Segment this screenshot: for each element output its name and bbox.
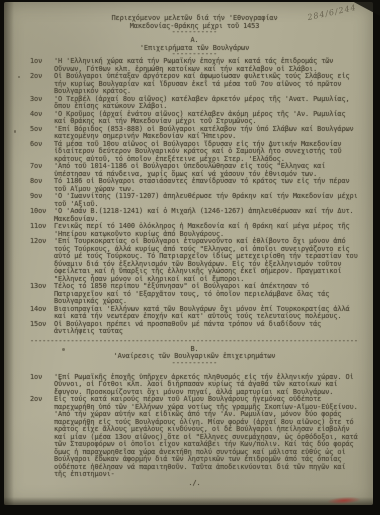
item-number: 1ον <box>30 58 54 66</box>
section-a-heading: 'Επιχειρήματα τῶν Βουλγάρων <box>30 45 359 53</box>
paper-edge-shadow-bottom <box>4 497 373 505</box>
item-text: 'Ο 'Ιωαννίτσης (1197-1207) ἀπηλευθέρωσε … <box>54 193 359 208</box>
list-item: 5ον 'Επί Βόριδος (853-888) οἱ Βούλγαροι … <box>30 126 359 141</box>
item-text: 'Η 'Ελληνική χώρα κατά τήν Ρωμαϊκήν ἐποχ… <box>54 58 359 73</box>
item-number: 9ον <box>30 193 54 201</box>
section-divider-line: ----------------------------------------… <box>30 338 359 345</box>
divider-dashes: ----------- <box>30 361 359 367</box>
item-text: 'Ο 'Ασάν Β.(1218-1241) καί ὁ Μιχαήλ (124… <box>54 208 359 223</box>
item-text: 'Ο Τερβέλ (ἀρχαί 8ου αἰῶνος) κατέλαβεν ἀ… <box>54 96 359 111</box>
item-text: Τέλος τό 1850 περίπου "ἐξύπνησαν" οἱ Βού… <box>54 283 359 306</box>
list-item: 9ον 'Ο 'Ιωαννίτσης (1197-1207) ἀπηλευθέρ… <box>30 193 359 208</box>
item-text: 'Ο Κροῦμος (ἀρχαί ἐνάτου αἰῶνος) κατέλαβ… <box>54 111 359 126</box>
continuation-mark: ./. <box>30 480 359 488</box>
item-number: 14ον <box>30 306 54 314</box>
item-text: Οἱ Βούλγαροι πρέπει νά προσπαθοῦν μέ πάν… <box>54 321 359 336</box>
item-number: 3ον <box>30 96 54 104</box>
list-item: 4ον 'Ο Κροῦμος (ἀρχαί ἐνάτου αἰῶνος) κατ… <box>30 111 359 126</box>
item-number: 5ον <box>30 126 54 134</box>
scanned-paper-page: 284/6/244 Περιεχόμενον μελετῶν διά τήν '… <box>4 2 373 505</box>
item-text: Τά μέσα τοῦ 10ου αἰῶνος οἱ Βούλγαροι ἵδρ… <box>54 141 359 164</box>
item-number: 8ον <box>30 178 54 186</box>
paper-speck <box>14 130 16 133</box>
item-number: 2ον <box>30 396 54 404</box>
item-text: Εἰς τούς κατά καιρούς πέραν τοῦ Αἵμου Βο… <box>54 396 359 479</box>
item-number: 15ον <box>30 321 54 329</box>
paper-edge-shadow-left <box>4 2 14 505</box>
item-number: 13ον <box>30 283 54 291</box>
document-title-line-2: Μακεδονίας-Θράκης μέχρι τοῦ 1453 <box>30 23 359 31</box>
paper-speck <box>18 76 20 78</box>
list-item: 7ον 'Από τοῦ 1014-1186 οἱ Βούλγαροι ὑπεδ… <box>30 163 359 178</box>
typewritten-content: Περιεχόμενον μελετῶν διά τήν 'Εθνογραφία… <box>30 15 359 487</box>
item-text: 'Επί Βόριδος (853-888) οἱ Βούλγαροι κατέ… <box>54 126 359 141</box>
item-number: 11ον <box>30 223 54 231</box>
item-number: 2ον <box>30 73 54 81</box>
item-number: 7ον <box>30 163 54 171</box>
list-item: 2ον Εἰς τούς κατά καιρούς πέραν τοῦ Αἵμο… <box>30 396 359 479</box>
list-item: 2ον Οἱ Βούλγαροι ὑπέταξαν ἀργότερον καί … <box>30 73 359 96</box>
list-item: 1ον 'Επί Ρωμαϊκῆς ἐποχῆς ὑπῆρχεν ἀρκετός… <box>30 374 359 397</box>
list-item: 6ον Τά μέσα τοῦ 10ου αἰῶνος οἱ Βούλγαροι… <box>30 141 359 164</box>
list-item: 15ον Οἱ Βούλγαροι πρέπει νά προσπαθοῦν μ… <box>30 321 359 336</box>
list-item: 3ον 'Ο Τερβέλ (ἀρχαί 8ου αἰῶνος) κατέλαβ… <box>30 96 359 111</box>
item-text: Τό 1186 οἱ Βούλγαροι στασιάσαντες ἐπανίδ… <box>54 178 359 193</box>
list-item: 12ον 'Επί Τουρκοκρατίας οἱ Βούλγαροι ἐτυ… <box>30 238 359 283</box>
item-number: 12ον <box>30 238 54 246</box>
item-text: Οἱ Βούλγαροι ὑπέταξαν ἀργότερον καί ἀφωμ… <box>54 73 359 96</box>
item-number: 4ον <box>30 111 54 119</box>
item-number: 6ον <box>30 141 54 149</box>
scan-corner-shadow <box>350 0 380 16</box>
item-number: 1ον <box>30 374 54 382</box>
item-text: Βιαιοπραγίαι 'Ελλήνων κατά τῶν Βουλγάρων… <box>54 306 359 321</box>
item-text: Γενικῶς περί τό 1400 ὁλόκληρος ἡ Μακεδον… <box>54 223 359 238</box>
item-text: 'Από τοῦ 1014-1186 οἱ Βούλγαροι ὑπεδουλώ… <box>54 163 359 178</box>
list-item: 1ον 'Η 'Ελληνική χώρα κατά τήν Ρωμαϊκήν … <box>30 58 359 73</box>
list-item: 10ον 'Ο 'Ασάν Β.(1218-1241) καί ὁ Μιχαήλ… <box>30 208 359 223</box>
item-text: 'Επί Τουρκοκρατίας οἱ Βούλγαροι ἐτυραννο… <box>54 238 359 283</box>
list-item: 11ον Γενικῶς περί τό 1400 ὁλόκληρος ἡ Μα… <box>30 223 359 238</box>
item-number: 10ον <box>30 208 54 216</box>
list-item: 8ον Τό 1186 οἱ Βούλγαροι στασιάσαντες ἐπ… <box>30 178 359 193</box>
item-text: 'Επί Ρωμαϊκῆς ἐποχῆς ὑπῆρχεν ἀρκετός πλη… <box>54 374 359 397</box>
list-item: 14ον Βιαιοπραγίαι 'Ελλήνων κατά τῶν Βουλ… <box>30 306 359 321</box>
paper-speck <box>62 348 65 351</box>
list-item: 13ον Τέλος τό 1850 περίπου "ἐξύπνησαν" ο… <box>30 283 359 306</box>
section-b-heading: 'Αναίρεσις τῶν Βουλγαρικῶν ἐπιχειρημάτων <box>30 353 359 361</box>
